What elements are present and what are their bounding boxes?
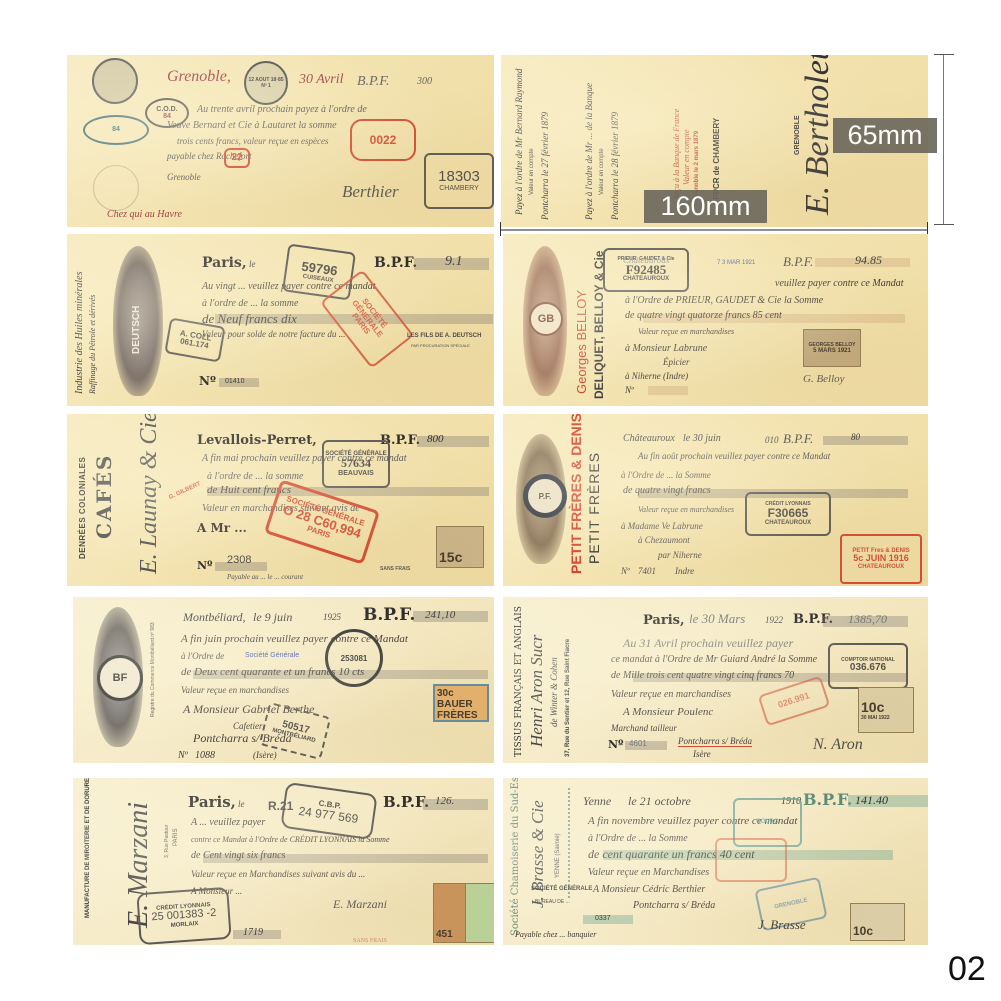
cheque-city: Grenoble, <box>167 69 231 85</box>
cheque-line-6: Épicier <box>663 358 690 367</box>
fiscal-stamp-10c: 10c <box>850 903 905 941</box>
cheque-bpf: B.P.F. <box>357 75 390 89</box>
cheque-line-4: Valeur reçue en marchandises <box>638 506 734 514</box>
cheque-number: 2308 <box>227 555 251 566</box>
cheque-city: Châteauroux <box>623 434 675 444</box>
side-text-societe: Société Chamoiserie du Sud-Est <box>511 778 521 936</box>
cheque-paris-marzani: MANUFACTURE DE MIROITERIE ET DE DORURE E… <box>73 778 494 945</box>
cheque-bpf: B.P.F. <box>363 607 415 624</box>
cheque-line-3: de quatre vingt quatorze francs 85 cent <box>625 311 782 321</box>
cheque-line-1: Au fin août prochain veuillez payer cont… <box>638 452 830 461</box>
width-dimension-line <box>501 229 928 231</box>
cheque-line-2: à l'ordre de ... la somme <box>207 472 303 482</box>
cheque-line-3: de quatre vingt francs <box>623 486 711 496</box>
endorsement-6: Pontcharra le 28 février 1879 <box>611 112 620 220</box>
cheque-levallois-launay: DENRÉES COLONIALES CAFÉS E. Launay & Cie… <box>67 414 494 586</box>
cheque-line-7: par Niherne <box>658 551 702 560</box>
endorsement-2: Valeur en compte <box>529 148 535 195</box>
cheque-line-2: Veuve Bernard et Cie à Lautaret la somme <box>167 121 337 131</box>
cheque-amount: 80 <box>851 433 860 442</box>
cheque-line-2: à l'Ordre de ... la Somme <box>621 471 711 480</box>
cheque-amount: 241,10 <box>425 610 455 621</box>
cbp-stamp: C.B.P.24 977 569 <box>280 782 378 840</box>
brand-black: PETIT FRÈRES <box>587 452 601 564</box>
cheque-amount: 94.85 <box>855 254 882 266</box>
cheque-line-6: Pontcharra s/ Bréda <box>633 901 715 911</box>
side-text-1: Industrie des Huiles minérales <box>75 272 85 395</box>
perforation-line <box>568 788 571 898</box>
cheque-line-7: Pontcharra s/ Bréda <box>678 737 752 747</box>
pf-monogram-icon: P.F. <box>523 474 567 518</box>
number-label: Nº <box>199 375 216 387</box>
number-label: Nº <box>197 560 213 571</box>
amount-band <box>823 436 908 445</box>
side-text-manufacture: MANUFACTURE DE MIROITERIE ET DE DORURE <box>85 778 91 918</box>
cheque-date: 30 Avril <box>299 73 343 87</box>
side-text-cafes: CAFÉS <box>94 454 114 539</box>
cheque-line-3: trois cents francs, valeur reçue en espè… <box>177 137 329 146</box>
cheque-yenne-brasse: Société Chamoiserie du Sud-Est J. Brasse… <box>503 778 928 945</box>
cheque-line-4: Valeur reçue en marchandises <box>638 328 734 336</box>
red-stamp: 026.991 <box>758 676 831 727</box>
endorsement-5: Valeur en compte <box>599 148 605 195</box>
cheque-number: 7401 <box>638 567 656 576</box>
width-bracket-left <box>500 222 501 236</box>
cheque-line-1: A ... veuillez payer <box>191 818 265 828</box>
cheque-city: Paris, <box>188 795 236 810</box>
cheque-date: le 9 juin <box>253 611 292 623</box>
fiscal-stamp-10c: 10c30 MAI 1922 <box>858 687 914 733</box>
cheque-number: 1719 <box>243 928 263 938</box>
cheque-line-1: Au 31 Avril prochain veuillez payer <box>623 637 793 649</box>
cheque-date: le 30 Mars <box>689 612 745 625</box>
cheque-line-1: veuillez payer contre ce Mandat <box>775 279 903 289</box>
ornament-text: DEUTSCH <box>132 306 142 354</box>
location-note: (Isère) <box>253 751 277 760</box>
cheque-city: Levallois-Perret, <box>197 434 317 447</box>
red-stamp-22: 22 <box>224 148 250 168</box>
bureau-stamp: BUREAU DE ... <box>535 900 570 905</box>
number-band <box>648 386 688 395</box>
side-text-address: 3, Rue Pastour <box>165 825 170 858</box>
cheque-line-5: à Madame Ve Labrune <box>621 522 703 531</box>
cheque-number: 4601 <box>629 740 647 748</box>
cheque-line-3: de Cent vingt six francs <box>191 851 285 861</box>
fiscal-stamp-green <box>465 883 494 943</box>
cheque-chateauroux-petit: P.F. PETIT FRÈRES & DENIS PETIT FRÈRES C… <box>503 414 928 586</box>
height-dimension-bracket <box>943 54 944 224</box>
cheque-date: le 21 octobre <box>628 795 691 807</box>
cheque-line-6: Cafetier <box>233 722 263 731</box>
side-text-address: 37, Rue du Sentier et 12, Rue Saint Fiac… <box>565 639 571 757</box>
cheque-line-2: à l'Ordre de <box>181 652 224 661</box>
endorsement-8: Valeur en compte <box>683 129 691 185</box>
bank-stamp-0022: 0022 <box>350 119 416 161</box>
cheque-line-6: Marchand tailleur <box>611 724 677 733</box>
monogram-icon: GB <box>529 302 563 336</box>
payee-stamp: Société Générale <box>245 652 299 659</box>
societe-generale-stamp: SOCIÉTÉ GÉNÉRALE <box>531 886 592 892</box>
number-label: Nº <box>608 739 624 750</box>
side-text: Registre du Commerce Montbéliard nº 983 <box>151 622 156 717</box>
cheque-line-3: de Neuf francs dix <box>202 312 297 325</box>
comptoir-stamp: COMPTOIR NATIONAL036.676 <box>828 643 908 689</box>
cheque-amount: 1385,70 <box>848 613 887 625</box>
endorsement-1: Payez à l'ordre de Mr Bernard Raymond <box>515 69 524 215</box>
cheque-amount: 300 <box>417 77 432 87</box>
cheque-number: 01410 <box>225 378 244 385</box>
cheque-bpf: B.P.F. <box>374 256 417 270</box>
cheque-amount: 126. <box>435 796 454 807</box>
cheque-year: 1922 <box>765 616 783 625</box>
morlaix-stamp: CRÉDIT LYONNAIS25 001383 -2MORLAIX <box>136 887 231 945</box>
coin-stamp-icon <box>92 58 138 104</box>
cheque-le: le <box>238 800 245 809</box>
number-label: Nº <box>625 386 634 395</box>
credit-lyonnais-stamp: CRÉDIT LYONNAISF30665CHATEAUROUX <box>745 492 831 536</box>
endorsement-7: Reçu à la Banque de France <box>673 109 681 200</box>
issuer: LES FILS DE A. DEUTSCH <box>407 333 481 339</box>
cheque-line-3: de Mille trois cent quatre vingt cinq fr… <box>611 671 794 681</box>
cheque-bpf: B.P.F. <box>803 792 852 808</box>
endorsement-3: Pontcharra le 27 février 1879 <box>541 112 550 220</box>
cheque-line-5: A Monsieur Poulenc <box>623 707 713 718</box>
side-text-denrees: DENRÉES COLONIALES <box>79 457 87 559</box>
cheque-city: Paris, <box>202 256 247 270</box>
cheque-line-4: Valeur reçue en Marchandises suivant avi… <box>191 870 365 879</box>
bf-monogram-icon: BF <box>97 655 143 701</box>
faded-seal-icon <box>93 165 139 211</box>
brand: E. Launay & Cie <box>137 414 161 574</box>
beauvais-stamp: SOCIÉTÉ GÉNÉRALE57634BEAUVAIS <box>322 440 390 488</box>
cheque-year: 1925 <box>323 613 341 622</box>
chambery-stamp: 18303CHAMBERY <box>424 153 494 209</box>
cheque-line-5: A Mr ... <box>197 522 247 534</box>
cheque-number: 1088 <box>195 751 215 761</box>
cheque-year: 010 <box>765 436 779 445</box>
cheque-line-7: à Niherne (Indre) <box>625 372 688 381</box>
cheque-line-4: Valeur reçue en Marchandises <box>588 868 709 878</box>
cheque-chateauroux-belloy: GB Georges BELLOY DELIQUET, BELLOY & Cie… <box>503 234 928 406</box>
side-text-tissus: TISSUS FRANÇAIS ET ANGLAIS <box>515 606 524 757</box>
r21-stamp: R.21 <box>268 800 293 812</box>
footnote: Chez qui au Havre <box>107 210 182 220</box>
fiscal-stamp-30c: 30c BAUER FRÈRES <box>433 684 489 722</box>
cheque-amount: 800 <box>427 434 444 445</box>
round-bank-stamp: 253081 <box>325 629 383 687</box>
cheque-bpf: B.P.F. <box>783 255 813 268</box>
number-label: Nº <box>178 751 188 761</box>
sans-frais: SANS FRAIS <box>380 567 410 572</box>
cheque-montbeliard-bauer: BF Registre du Commerce Montbéliard nº 9… <box>73 597 494 763</box>
large-signature: E. Bertholet <box>801 55 835 215</box>
oval-stamp: 84 <box>83 115 149 145</box>
red-stamp <box>715 838 787 882</box>
date-seal: 12 AOUT 18·85 Nº 1 <box>244 61 288 105</box>
cheque-paris-aron: TISSUS FRANÇAIS ET ANGLAIS Henri Aron Su… <box>503 597 928 763</box>
cheque-line-8: Isère <box>693 750 711 759</box>
signature: J. Brasse <box>758 918 806 931</box>
cheque-grenoble: 84 Grenoble, 12 AOUT 18·85 Nº 1 30 Avril… <box>67 55 494 227</box>
cheque-line-6: à Chezaumont <box>638 536 690 545</box>
brand-top: Georges BELLOY <box>575 290 588 394</box>
signature: E. Marzani <box>333 898 387 910</box>
footnote: Payable au ... le ... courant <box>227 574 303 581</box>
cheque-amount: 9.1 <box>445 255 463 269</box>
cheque-line-4: Valeur reçue en marchandises <box>611 690 731 700</box>
signature: G. Belloy <box>803 374 845 385</box>
petit-freres-stamp: PETIT Fres & DENIS5c JUIN 1916CHATEAUROU… <box>840 534 922 584</box>
cheque-city: Paris, <box>643 614 684 627</box>
amount-band <box>423 799 488 810</box>
cheque-line-8: Indre <box>675 567 694 576</box>
number-label: Nº <box>621 567 630 576</box>
cheque-city: Châteauroux <box>623 256 670 265</box>
cheque-amount: 141.40 <box>855 794 888 806</box>
side-text-city: YENNE (Savoie) <box>555 833 561 878</box>
width-label: 160mm <box>644 190 767 223</box>
cheque-line-5: Grenoble <box>167 173 201 182</box>
height-bracket-bottom <box>934 224 954 225</box>
cheque-line-5: à Monsieur Labrune <box>625 344 707 354</box>
cheque-line-4: Valeur reçue en marchandises <box>181 686 289 695</box>
fiscal-stamp: GEORGES BELLOY5 MARS 1921 <box>803 329 861 367</box>
cheque-line-5: A Monsieur Cédric Berthier <box>593 885 705 895</box>
endorsement-4: Payez à l'ordre de Mr ... de la Banque <box>585 83 594 220</box>
height-bracket-top <box>934 54 954 55</box>
page-number: 02 <box>948 950 986 989</box>
cheque-city: Montbéliard, <box>183 611 246 623</box>
fiscal-stamp-brown: 451 <box>433 883 467 943</box>
brand-red: PETIT FRÈRES & DENIS <box>569 414 583 574</box>
side-text-brand: Henri Aron Sucr <box>528 635 545 747</box>
cheque-line-2: à l'Ordre de ... la Somme <box>588 834 688 844</box>
cheque-paris-deutsch: Industrie des Huiles minérales Raffinage… <box>67 234 494 406</box>
cheque-le: le <box>249 260 256 269</box>
cheque-line-1: Au trente avril prochain payez à l'ordre… <box>197 105 367 115</box>
side-text-city: PARIS <box>173 828 179 846</box>
cheque-bpf: B.P.F. <box>783 432 813 445</box>
cheque-city: Yenne <box>583 795 611 807</box>
issuer-sub: PAR PROCURATION SPÉCIALE <box>411 344 470 348</box>
fiscal-stamp-15c: 15c <box>436 526 484 568</box>
side-text-successor: de Winter & Cohen <box>550 657 559 727</box>
cheque-line-2: ce mandat à l'Ordre de Mr Guiard André l… <box>611 655 817 665</box>
height-label: 65mm <box>833 118 937 153</box>
cheque-line-2: à l'Ordre de PRIEUR, GAUDET & Cie la Som… <box>625 296 823 306</box>
footnote: Payable chez ... banquier <box>515 931 596 939</box>
signature: N. Aron <box>813 737 863 753</box>
date-stamp: 7 3 MAR 1921 <box>717 260 755 266</box>
cheque-number: 0337 <box>595 915 611 922</box>
cheque-date: le 30 juin <box>683 434 721 444</box>
side-text-2: Raffinage du Pétrole et dérivés <box>89 295 97 394</box>
sans-frais: SANS FRAIS <box>353 938 387 944</box>
signature: Berthier <box>342 183 399 200</box>
cheque-line-2: à l'ordre de ... la somme <box>202 299 298 309</box>
